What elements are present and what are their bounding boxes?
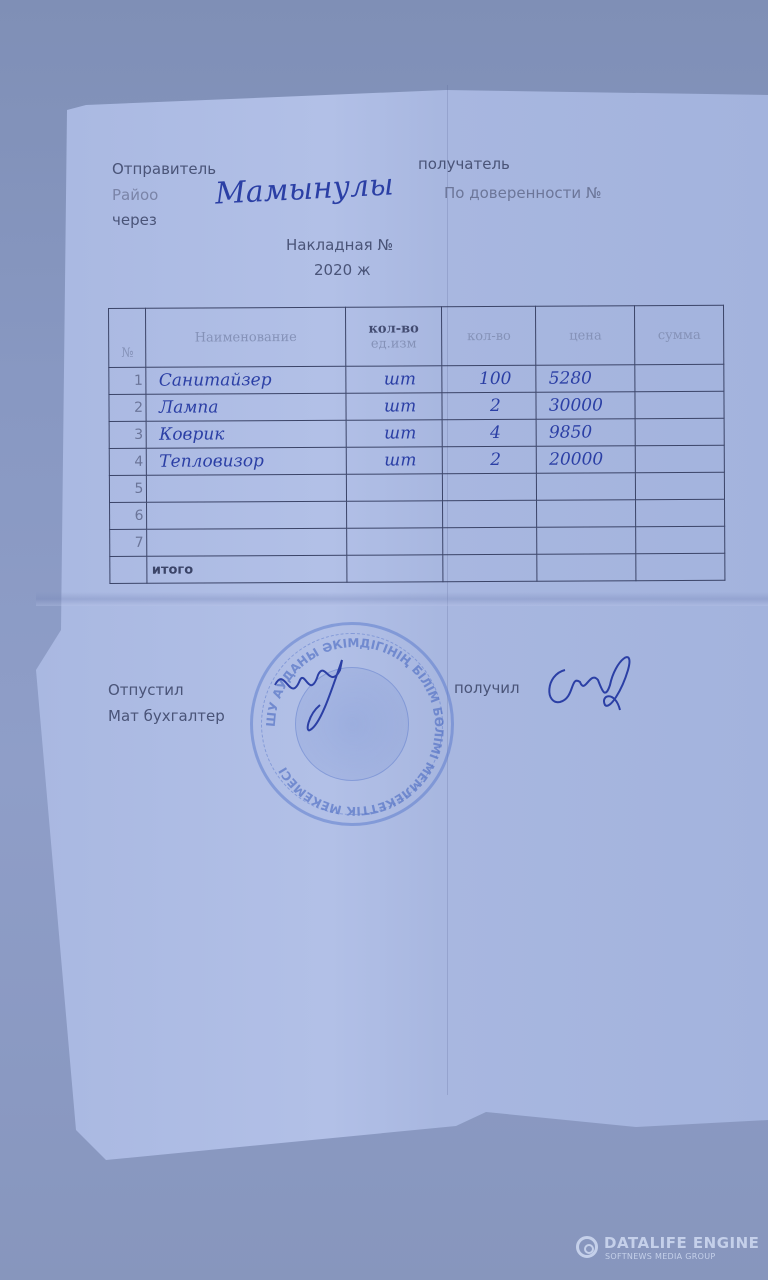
table-row: 6 [110,499,725,529]
item-qty: 4 [442,419,536,446]
item-unit [346,474,443,502]
released-label: Отпустил [108,681,184,699]
table-row: 7 [110,526,725,556]
item-price: 30000 [536,392,635,420]
item-sum [636,499,725,526]
item-sum [635,418,724,445]
total-sum-cell [636,553,725,580]
sender-label: Отправитель [112,160,216,178]
district-label: Райоо [112,186,158,204]
item-name [147,474,346,502]
row-number: 6 [110,502,148,529]
item-price [537,473,636,501]
row-number: 7 [110,529,148,556]
item-price: 9850 [536,419,635,447]
item-name: Лампа [146,393,345,421]
table-header-row: № Наименование кол-во ед.изм кол-во цена… [109,305,724,367]
invoice-year-label: 2020 ж [314,261,370,279]
item-unit [346,528,443,556]
item-name: Тепловизор [147,447,346,475]
proxy-label: По доверенности № [444,184,602,202]
item-name [147,528,346,556]
paper-fold-horizontal [36,592,768,606]
row-number: 1 [109,367,147,394]
item-name: Коврик [147,420,346,448]
item-unit: шт [346,420,443,448]
item-sum [635,391,724,418]
item-sum [636,526,725,553]
watermark-subtitle: SOFTNEWS MEDIA GROUP [605,1252,716,1261]
total-no-cell [110,556,148,583]
accountant-label: Мат бухгалтер [108,707,225,725]
item-qty [443,527,537,554]
total-row: итого [110,553,725,583]
item-qty: 2 [442,392,536,419]
col-price: цена [536,306,635,366]
row-number: 3 [109,421,147,448]
item-qty: 2 [443,446,537,473]
table-row: 3Коврикшт49850 [109,418,724,448]
total-price-cell [537,554,636,582]
item-unit: шт [346,366,443,394]
invoice-paper [36,70,768,1162]
received-signature [540,640,640,720]
col-number: № [109,308,147,367]
item-unit: шт [346,447,443,475]
col-qty: кол-во [442,306,536,365]
table-row: 2Лампашт230000 [109,391,724,421]
col-unit-sub: ед.изм [371,336,417,351]
released-signature [270,655,360,735]
item-name [147,501,346,529]
item-price [537,500,636,528]
row-number: 5 [109,475,147,502]
paper-fold-vertical [447,85,448,1095]
item-unit: шт [346,393,443,421]
via-label: через [112,211,157,229]
col-unit-top: кол-во [346,321,442,337]
recipient-label: получатель [418,155,510,173]
item-qty [443,473,537,500]
table-row: 4Тепловизоршт220000 [109,445,724,475]
row-number: 2 [109,394,147,421]
total-label: итого [147,555,346,583]
watermark-title: DATALIFE ENGINE [604,1234,759,1252]
item-name: Санитайзер [146,366,345,394]
item-price: 5280 [536,365,635,393]
item-price [537,527,636,555]
item-price: 20000 [537,446,636,474]
item-sum [636,472,725,499]
row-number: 4 [109,448,147,475]
item-qty: 100 [442,365,536,392]
invoice-table: № Наименование кол-во ед.изм кол-во цена… [108,305,725,584]
item-sum [635,364,724,391]
item-sum [636,445,725,472]
table-row: 1Санитайзершт1005280 [109,364,724,394]
item-unit [346,501,443,529]
received-label: получил [454,679,520,697]
invoice-number-label: Накладная № [286,236,393,254]
col-name: Наименование [146,307,346,367]
total-unit-cell [347,555,444,583]
col-sum: сумма [635,305,724,364]
datalife-logo-icon [576,1236,598,1258]
item-qty [443,500,537,527]
total-qty-cell [443,554,537,581]
col-unit: кол-во ед.изм [345,307,442,367]
table-row: 5 [109,472,724,502]
